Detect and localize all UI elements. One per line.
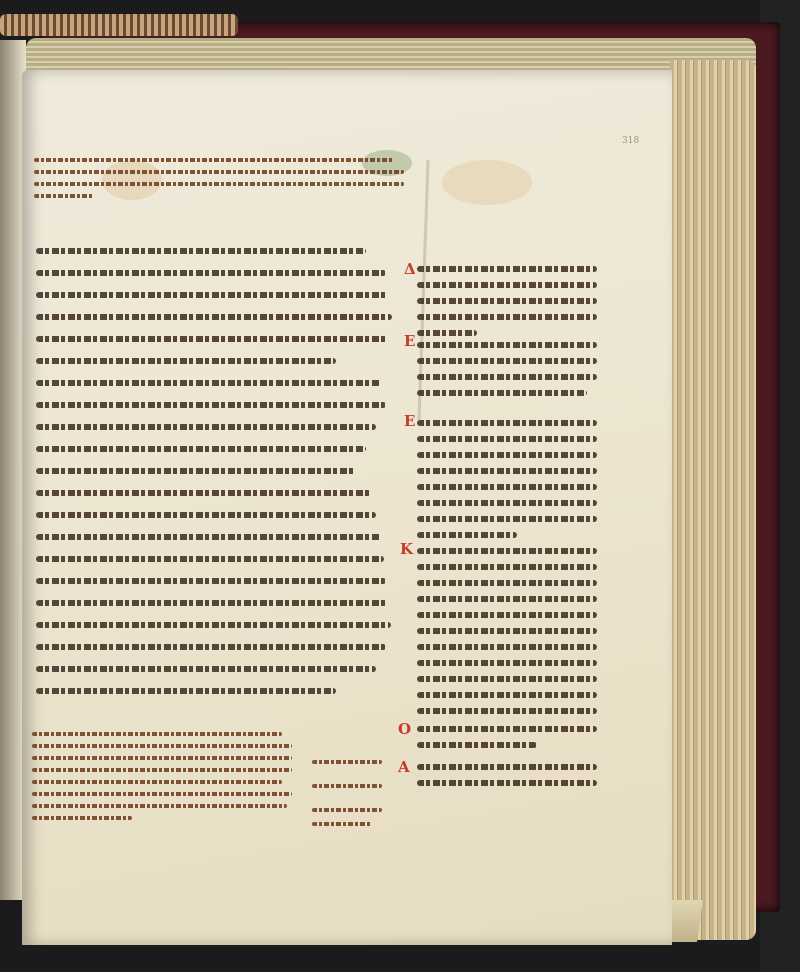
headband bbox=[0, 14, 238, 36]
stain bbox=[102, 160, 162, 200]
stain bbox=[442, 160, 532, 205]
page-crease bbox=[417, 160, 429, 420]
initial: Ο bbox=[398, 720, 411, 738]
manuscript-page: 318 bbox=[22, 70, 672, 945]
initial: Κ bbox=[400, 540, 413, 558]
initial: Ε bbox=[404, 412, 415, 430]
page-stack-right bbox=[670, 60, 756, 940]
initial: Δ bbox=[404, 260, 416, 278]
initial: Α bbox=[398, 758, 410, 776]
initial: Ε bbox=[404, 332, 415, 350]
folio-number: 318 bbox=[622, 136, 639, 146]
